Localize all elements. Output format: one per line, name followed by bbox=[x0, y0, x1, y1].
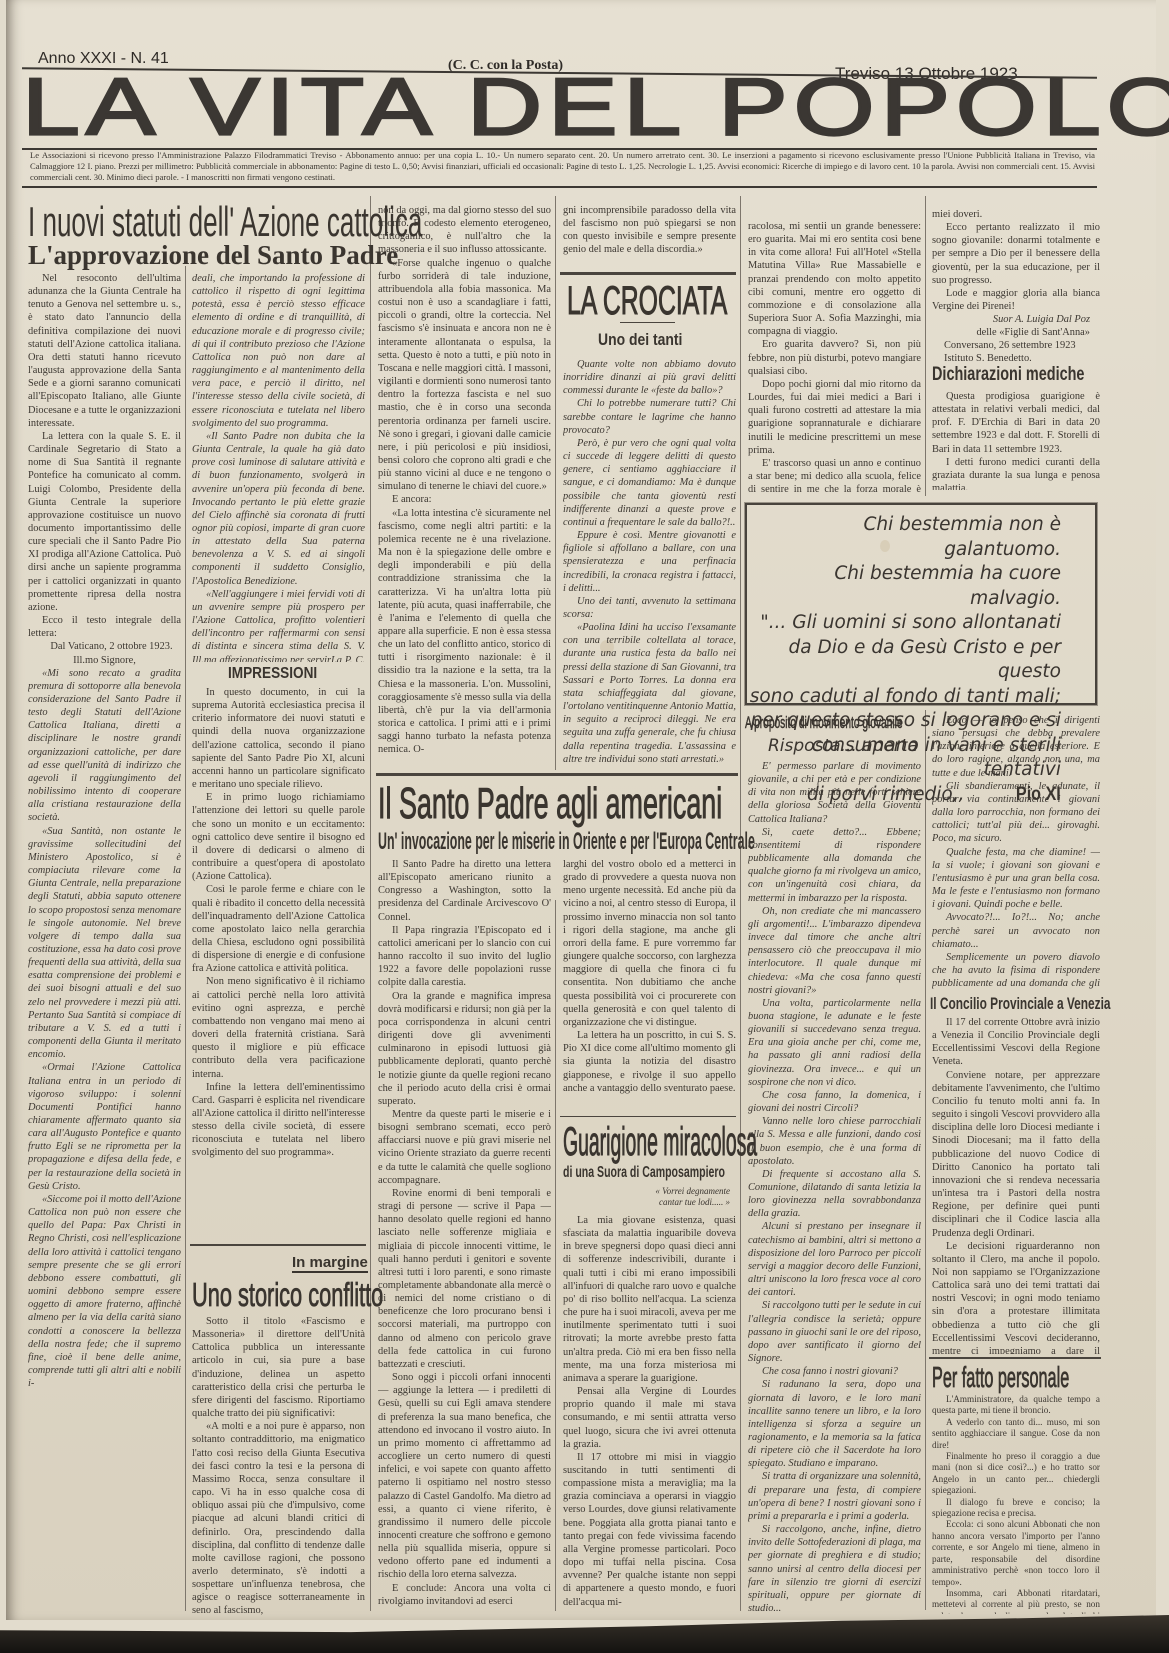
paragraph: La mia giovane esistenza, quasi sfasciat… bbox=[563, 1214, 736, 1385]
statuti-column-2: deali, che importando la professione di … bbox=[192, 272, 365, 662]
guarigione-epigraph: « Vorrei degnamente cantar tue lodi.....… bbox=[640, 1186, 730, 1208]
paragraph: «Mi sono recato a gradita premura di sot… bbox=[28, 667, 181, 825]
paragraph: Ecco — io penso che i dirigenti siano pe… bbox=[932, 714, 1100, 780]
impressioni-body: In questo documento, in cui la suprema A… bbox=[192, 686, 365, 1206]
paragraph: Questa prodigiosa guarigione è attestata… bbox=[932, 390, 1100, 456]
paragraph: Lode e maggior gloria alla bianca Vergin… bbox=[932, 287, 1100, 312]
paragraph: Semplicemente un povero diavolo che ha a… bbox=[932, 951, 1100, 990]
column-divider bbox=[925, 710, 926, 1610]
paragraph: Dopo pochi giorni dal mio ritorno da Lou… bbox=[748, 378, 921, 457]
paragraph: Eccola: ci sono alcuni Abbonati che non … bbox=[932, 1519, 1100, 1587]
crociata-subhead: Uno dei tanti bbox=[598, 330, 682, 350]
paragraph: Insomma, cari Abbonati ritardatari, mett… bbox=[932, 1588, 1100, 1614]
crociata-headline: LA CROCIATA bbox=[567, 279, 727, 324]
margine-kicker: In margine bbox=[292, 1254, 368, 1273]
margine-body-col1: Sotto il titolo «Fascismo e Massoneria» … bbox=[192, 1315, 365, 1615]
paragraph: Il Papa ringrazia l'Episcopato ed i catt… bbox=[378, 924, 551, 990]
paragraph: L'Amministratore, da qualche tempo a que… bbox=[932, 1394, 1100, 1417]
page-edge-shadow bbox=[0, 1615, 1169, 1653]
newspaper-title: LA VITA DEL POPOLO bbox=[22, 68, 1102, 146]
paragraph: Il dialogo fu breve e conciso; la spiega… bbox=[932, 1497, 1100, 1520]
paragraph: Si raccolgono tutti per le sedute in cui… bbox=[748, 1299, 921, 1365]
paragraph: Sotto il titolo «Fascismo e Massoneria» … bbox=[192, 1315, 365, 1420]
paragraph: Il 17 del corrente Ottobre avrà inizio a… bbox=[932, 1016, 1100, 1069]
americani-subhead: Un' invocazione per le miserie in Orient… bbox=[378, 828, 755, 856]
paragraph: Pensai alla Vergine di Lourdes proprio q… bbox=[563, 1385, 736, 1451]
paragraph: Ora la grande e magnifica impresa dovrà … bbox=[378, 990, 551, 1108]
concilio-body: Il 17 del corrente Ottobre avrà inizio a… bbox=[932, 1016, 1100, 1354]
column-divider bbox=[925, 196, 926, 496]
paragraph: Conviene notare, per apprezzare debitame… bbox=[932, 1069, 1100, 1240]
paragraph: non da oggi, ma dal giorno stesso del su… bbox=[378, 204, 551, 257]
paragraph: E' permesso parlare di movimento giovani… bbox=[748, 760, 921, 826]
paragraph: «A molti e a noi pure è apparso, non sol… bbox=[192, 1420, 365, 1615]
paragraph: «Siccome poi il motto dell'Azione Cattol… bbox=[28, 1193, 181, 1390]
imprint-rule bbox=[22, 186, 1097, 188]
paragraph: Eppure è così. Mentre giovanotti e figli… bbox=[563, 529, 736, 595]
section-rule bbox=[190, 1244, 366, 1246]
section-rule bbox=[560, 1116, 736, 1117]
paragraph: «La lotta intestina c'è sicuramente nel … bbox=[378, 507, 551, 757]
paragraph: A vederlo con tanto di... muso, mi son s… bbox=[932, 1417, 1100, 1451]
margine-headline: Uno storico conflitto bbox=[192, 1276, 383, 1314]
paragraph: Di frequente si accostano alla S. Comuni… bbox=[748, 1168, 921, 1221]
paragraph: Finalmente ho preso il coraggio a due ma… bbox=[932, 1451, 1100, 1497]
guarigione-subhead: di una Suora di Camposampiero bbox=[563, 1164, 725, 1182]
guarigione-body-col3: miei doveri. Ecco pertanto realizzato il… bbox=[932, 208, 1100, 312]
paragraph: gni incomprensibile paradosso della vita… bbox=[563, 204, 736, 257]
margine-body-col3: gni incomprensibile paradosso della vita… bbox=[563, 204, 736, 266]
paragraph: Così le parole ferme e chiare con le qua… bbox=[192, 883, 365, 975]
paragraph: Sono oggi i piccoli orfani innocenti — a… bbox=[378, 1371, 551, 1582]
giovanile-body-col2: Ecco — io penso che i dirigenti siano pe… bbox=[932, 714, 1100, 990]
quote-line: da Dio e da Gesù Cristo e per questo bbox=[747, 636, 1095, 685]
paragraph: Nel resoconto dell'ultima adunanza che l… bbox=[28, 272, 181, 430]
quote-line: Chi bestemmia non è galantuomo. bbox=[747, 513, 1095, 562]
paragraph: Si tratta di organizzare una solennità, … bbox=[748, 1470, 921, 1523]
giovanile-headline: Risposta... aperta bbox=[768, 736, 918, 756]
paragraph: Qualche festa, ma che diamine! — la si v… bbox=[932, 846, 1100, 912]
section-rule bbox=[560, 272, 736, 275]
column-divider bbox=[370, 196, 371, 1611]
paragraph: E ancora: bbox=[378, 493, 551, 506]
paragraph: Uno dei tanti, avvenuto la settimana sco… bbox=[563, 595, 736, 621]
paragraph: Ero guarita davvero? Sì, non più febbre,… bbox=[748, 338, 921, 377]
imprint-notice: Le Associazioni si ricevono presso l'Amm… bbox=[30, 150, 1095, 183]
paragraph: Le decisioni riguarderanno non soltanto … bbox=[932, 1240, 1100, 1354]
giovanile-kicker: A proposito di movimento giovanile bbox=[745, 713, 903, 733]
paragraph: Sì, caete detto?... Ebbene; consentitemi… bbox=[748, 826, 921, 905]
paragraph: Che cosa fanno i nostri giovani? bbox=[748, 1365, 921, 1378]
paragraph: «Nell'aggiungere i miei fervidi voti di … bbox=[192, 588, 365, 662]
section-rule bbox=[929, 1357, 1101, 1359]
paragraph: Alcuni si prestano per insegnare il cate… bbox=[748, 1220, 921, 1299]
paragraph: racolosa, mi sentii un grande benessere:… bbox=[748, 220, 921, 338]
column-divider bbox=[555, 196, 556, 770]
americani-body-col1: Il Santo Padre ha diretto una lettera al… bbox=[378, 858, 551, 1613]
guarigione-body-col2: racolosa, mi sentii un grande benessere:… bbox=[748, 220, 921, 495]
paragraph: Avvocato?!... Io?!... No; anche perchè s… bbox=[932, 911, 1100, 950]
quote-box-blasphemy: Chi bestemmia non è galantuomo. Chi best… bbox=[745, 503, 1097, 705]
paragraph: I detti furono medici curanti della graz… bbox=[932, 456, 1100, 490]
paragraph: deali, che importando la professione di … bbox=[192, 272, 365, 430]
column-divider bbox=[555, 900, 556, 1611]
paragraph: Oh, non crediate che mi mancassero gli a… bbox=[748, 905, 921, 997]
guarigione-body-col1: La mia giovane esistenza, quasi sfasciat… bbox=[563, 1214, 736, 1614]
paragraph: E in primo luogo richiamiamo l'attenzion… bbox=[192, 791, 365, 883]
dichiarazioni-body: Questa prodigiosa guarigione è attestata… bbox=[932, 390, 1100, 490]
paragraph: Gli sbandieramenti, le adunate, il porta… bbox=[932, 780, 1100, 846]
paragraph: Il Santo Padre ha diretto una lettera al… bbox=[378, 858, 551, 924]
paragraph: Però, è pur vero che ogni qual volta ci … bbox=[563, 437, 736, 529]
paragraph: «Paolina Idini ha ucciso l'exsamante con… bbox=[563, 621, 736, 766]
paragraph: Mentre da queste parti le miserie e i bi… bbox=[378, 1108, 551, 1187]
paragraph: Non meno significativo è il richiamo ai … bbox=[192, 975, 365, 1080]
margine-body-col2: non da oggi, ma dal giorno stesso del su… bbox=[378, 204, 551, 764]
guarigione-headline: Guarigione miracolosa bbox=[563, 1120, 757, 1165]
column-divider bbox=[185, 266, 186, 1611]
paragraph: La lettera con la quale S. E. il Cardina… bbox=[28, 430, 181, 614]
section-rule bbox=[620, 322, 675, 323]
paragraph: «Forse qualche ingenuo o qualche furbo s… bbox=[378, 257, 551, 494]
statuti-headline: I nuovi statuti dell' Azione cattolica bbox=[28, 202, 422, 242]
giovanile-body-col1: E' permesso parlare di movimento giovani… bbox=[748, 760, 921, 1615]
paragraph: Che cosa fanno, la domenica, i giovani d… bbox=[748, 1089, 921, 1115]
paragraph: «Il Santo Padre non dubita che la Giunta… bbox=[192, 430, 365, 588]
crociata-body: Quante volte non abbiamo dovuto inorridi… bbox=[563, 358, 736, 766]
paragraph: miei doveri. bbox=[932, 208, 1100, 221]
signature-place-date: Conversano, 26 settembre 1923 bbox=[932, 339, 1100, 352]
paragraph: «Ormai l'Azione Cattolica Italiana entra… bbox=[28, 1061, 181, 1193]
statuti-subhead: L'approvazione del Santo Padre bbox=[28, 240, 398, 271]
paragraph: Chi lo potrebbe numerare tutti? Chi sare… bbox=[563, 397, 736, 436]
guarigione-signature: Suor A. Luigia Dal Poz delle «Figlie di … bbox=[932, 313, 1100, 366]
section-rule bbox=[376, 773, 738, 776]
paragraph: Infine la lettera dell'eminentissimo Car… bbox=[192, 1081, 365, 1160]
paragraph: Dal Vaticano, 2 ottobre 1923. Ill.mo Sig… bbox=[28, 640, 181, 666]
paragraph: E' trascorso quasi un anno e continuo a … bbox=[748, 457, 921, 495]
dichiarazioni-headline: Dichiarazioni mediche bbox=[932, 364, 1084, 386]
paragraph: Una volta, particolarmente nella buona s… bbox=[748, 997, 921, 1089]
column-divider bbox=[740, 196, 741, 1611]
quote-line: sono caduti al fondo di tanti mali; bbox=[747, 685, 1095, 710]
paragraph: Ecco pertanto realizzato il mio sogno gi… bbox=[932, 221, 1100, 287]
fatto-personale-headline: Per fatto personale bbox=[932, 1362, 1069, 1395]
paragraph: In questo documento, in cui la suprema A… bbox=[192, 686, 365, 791]
paragraph: Rovine enormi di beni temporali e stragi… bbox=[378, 1187, 551, 1371]
impressioni-heading: IMPRESSIONI bbox=[228, 665, 317, 683]
paragraph: E conclude: Ancora una volta ci rivolgia… bbox=[378, 1582, 551, 1608]
paragraph: larghi del vostro obolo ed a metterci in… bbox=[563, 858, 736, 1029]
paragraph: Si raccolgono, anche, infine, dietro inv… bbox=[748, 1523, 921, 1615]
signature-order: delle «Figlie di Sant'Anna» bbox=[932, 326, 1100, 339]
signature-name: Suor A. Luigia Dal Poz bbox=[932, 313, 1100, 326]
paragraph: Ecco il testo integrale della lettera: bbox=[28, 614, 181, 640]
quote-line: "... Gli uomini si sono allontanati bbox=[747, 611, 1095, 636]
statuti-column-1: Nel resoconto dell'ultima adunanza che l… bbox=[28, 272, 181, 1612]
americani-body-col2: larghi del vostro obolo ed a metterci in… bbox=[563, 858, 736, 1108]
concilio-headline: Il Concilio Provinciale a Venezia bbox=[930, 994, 1111, 1014]
paragraph: Vanno nelle loro chiese parrocchiali all… bbox=[748, 1115, 921, 1168]
paragraph: Si radunano la sera, dopo una giornata d… bbox=[748, 1378, 921, 1470]
paragraph: Il 17 ottobre mi misi in viaggio suscita… bbox=[563, 1451, 736, 1609]
paragraph: «Sua Santità, non ostante le gravissime … bbox=[28, 825, 181, 1062]
quote-line: Chi bestemmia ha cuore malvagio. bbox=[747, 562, 1095, 611]
paragraph: La lettera ha un poscritto, in cui S. S.… bbox=[563, 1029, 736, 1095]
paragraph: Quante volte non abbiamo dovuto inorridi… bbox=[563, 358, 736, 397]
americani-headline: Il Santo Padre agli americani bbox=[378, 779, 722, 829]
fatto-personale-body: L'Amministratore, da qualche tempo a que… bbox=[932, 1394, 1100, 1614]
